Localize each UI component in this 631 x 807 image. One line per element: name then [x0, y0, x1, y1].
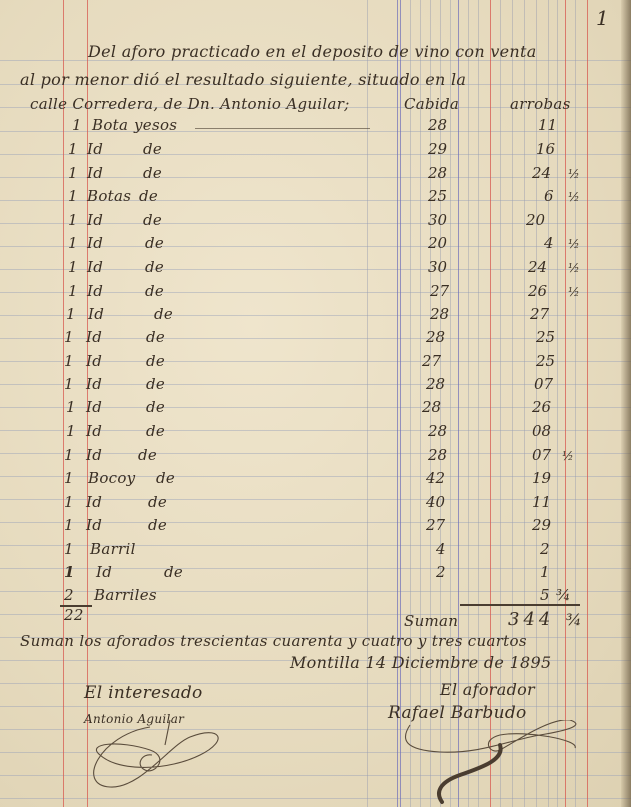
- arrobas: 11: [532, 493, 551, 511]
- qty: 1: [64, 446, 74, 464]
- item: Id: [86, 352, 102, 370]
- ledger-page: 1 Del aforo practicado en el deposito de…: [0, 0, 631, 807]
- table-row: 1 Barril 4 2: [0, 540, 631, 562]
- summary-line: Suman los aforados trescientas cuarenta …: [20, 632, 527, 650]
- arrobas: 16: [536, 140, 555, 158]
- arrobas: 08: [532, 422, 551, 440]
- qty: 1: [64, 328, 74, 346]
- table-row: 1 Id de 28 27: [0, 305, 631, 327]
- table-row: 1 Id de 28 24 ½: [0, 164, 631, 186]
- ditto: de: [164, 563, 183, 581]
- item: Botas: [87, 187, 131, 205]
- item: Id: [86, 516, 102, 534]
- arrobas: 25: [536, 352, 555, 370]
- capacity: 27: [422, 352, 441, 370]
- sum-value: 344: [508, 609, 554, 630]
- item: Id: [87, 234, 103, 252]
- qty: 1: [64, 493, 74, 511]
- qty: 1: [68, 187, 78, 205]
- capacity: 2: [436, 563, 446, 581]
- capacity: 27: [430, 282, 449, 300]
- arrobas: 24: [528, 258, 547, 276]
- arrobas: 2: [540, 540, 550, 558]
- capacity: 29: [428, 140, 447, 158]
- capacity: 28: [426, 375, 445, 393]
- capacity: 40: [426, 493, 445, 511]
- heading-line-3: calle Corredera, de Dn. Antonio Aguilar;: [30, 95, 350, 113]
- table-row: 1 Id de 28 08: [0, 422, 631, 444]
- capacity: 28: [428, 116, 447, 134]
- table-row: 1 Id de 40 11: [0, 493, 631, 515]
- page-number: 1: [596, 6, 609, 30]
- item: Barril: [90, 540, 136, 558]
- ditto: de: [139, 187, 158, 205]
- capacity: 27: [426, 516, 445, 534]
- qty: 1: [64, 469, 74, 487]
- item: Bota: [92, 116, 128, 134]
- arrobas: 07: [534, 375, 553, 393]
- item: Barriles: [94, 586, 157, 604]
- arrobas: 27: [530, 305, 549, 323]
- fraction: ¾: [556, 586, 571, 604]
- column-header-capacity: Cabida: [404, 95, 459, 113]
- fraction: ½: [568, 190, 580, 204]
- ditto: de: [143, 211, 162, 229]
- sum-rule: [460, 604, 580, 606]
- qty: 1: [66, 422, 76, 440]
- item: Id: [86, 398, 102, 416]
- ditto: de: [148, 516, 167, 534]
- ditto: de: [146, 422, 165, 440]
- arrobas: 5: [540, 586, 550, 604]
- capacity: 28: [426, 328, 445, 346]
- ditto: de: [148, 493, 167, 511]
- signature-left-title: El interesado: [84, 683, 203, 703]
- qty: 1: [68, 258, 78, 276]
- sum-fraction: ¾: [566, 610, 582, 629]
- item: Id: [88, 305, 104, 323]
- qty: 1: [68, 282, 78, 300]
- ditto: de: [146, 375, 165, 393]
- qty: 1: [68, 234, 78, 252]
- arrobas: 26: [532, 398, 551, 416]
- capacity: 25: [428, 187, 447, 205]
- ditto: yesos: [134, 116, 177, 134]
- arrobas: 29: [532, 516, 551, 534]
- qty: 1: [64, 516, 74, 534]
- qty: 1: [64, 563, 75, 581]
- table-row: 1 Id de 30 20: [0, 211, 631, 233]
- ditto: de: [143, 140, 162, 158]
- table-row: 1 Id de 27 25: [0, 352, 631, 374]
- item: Id: [96, 563, 112, 581]
- arrobas: 1: [540, 563, 550, 581]
- capacity: 28: [430, 305, 449, 323]
- item: Bocoy: [88, 469, 135, 487]
- heading-line-1: Del aforo practicado en el deposito de v…: [88, 42, 537, 61]
- table-row: 1 Id de 2 1: [0, 563, 631, 585]
- qty: 1: [66, 305, 76, 323]
- table-row: 1 Id de 28 07 ½: [0, 446, 631, 468]
- item: Id: [87, 164, 103, 182]
- ditto: de: [156, 469, 175, 487]
- qty: 1: [68, 140, 78, 158]
- ditto: de: [145, 234, 164, 252]
- ditto: de: [143, 164, 162, 182]
- arrobas: 25: [536, 328, 555, 346]
- capacity: 28: [428, 164, 447, 182]
- arrobas: 19: [532, 469, 551, 487]
- arrobas: 24: [532, 164, 551, 182]
- arrobas: 07: [532, 446, 551, 464]
- table-row: 1 Id de 20 4 ½: [0, 234, 631, 256]
- qty: 1: [64, 375, 74, 393]
- arrobas: 11: [538, 116, 557, 134]
- arrobas: 20: [526, 211, 545, 229]
- fraction: ½: [568, 167, 580, 181]
- capacity: 4: [436, 540, 446, 558]
- item: Id: [86, 446, 102, 464]
- ditto: de: [138, 446, 157, 464]
- arrobas: 4: [544, 234, 554, 252]
- fraction: ½: [568, 285, 580, 299]
- qty: 1: [64, 540, 74, 558]
- capacity: 42: [426, 469, 445, 487]
- qty: 1: [66, 398, 76, 416]
- table-row: 1 Bocoy de 42 19: [0, 469, 631, 491]
- table-row: 1 Id de 29 16: [0, 140, 631, 162]
- capacity: 28: [422, 398, 441, 416]
- qty: 1: [72, 116, 82, 134]
- item: Id: [86, 493, 102, 511]
- capacity: 28: [428, 446, 447, 464]
- table-row: 1 Id de 30 24 ½: [0, 258, 631, 280]
- capacity: 20: [428, 234, 447, 252]
- arrobas: 6: [544, 187, 554, 205]
- item: Id: [87, 211, 103, 229]
- qty: 1: [64, 352, 74, 370]
- item: Id: [86, 422, 102, 440]
- item: Id: [86, 375, 102, 393]
- table-row: 1 Botas de 25 6 ½: [0, 187, 631, 209]
- qty-total: 22: [64, 606, 84, 624]
- fraction: ½: [562, 449, 574, 463]
- heading-line-2: al por menor dió el resultado siguiente,…: [20, 70, 466, 89]
- column-header-arrobas: arrobas: [510, 95, 571, 113]
- table-row: 1 Id de 28 25: [0, 328, 631, 350]
- item: Id: [87, 140, 103, 158]
- ditto: de: [146, 352, 165, 370]
- signature-flourish-right-icon: [400, 720, 590, 807]
- table-row: 1 Id de 27 26 ½: [0, 282, 631, 304]
- table-row: 1 Bota yesos 28 11: [0, 116, 631, 138]
- table-row: 1 Id de 28 26: [0, 398, 631, 420]
- capacity: 30: [428, 211, 447, 229]
- arrobas: 26: [528, 282, 547, 300]
- ditto: de: [146, 398, 165, 416]
- ditto: de: [146, 328, 165, 346]
- fraction: ½: [568, 237, 580, 251]
- item: Id: [87, 282, 103, 300]
- ditto: de: [154, 305, 173, 323]
- ditto: de: [145, 282, 164, 300]
- item: Id: [86, 328, 102, 346]
- item-underline: [195, 128, 370, 129]
- ditto: de: [145, 258, 164, 276]
- fraction: ½: [568, 261, 580, 275]
- signature-flourish-left-icon: [80, 715, 240, 795]
- qty: 1: [68, 164, 78, 182]
- capacity: 30: [428, 258, 447, 276]
- place-date: Montilla 14 Diciembre de 1895: [290, 653, 552, 672]
- sum-label: Suman: [404, 612, 458, 630]
- capacity: 28: [428, 422, 447, 440]
- item: Id: [87, 258, 103, 276]
- signature-right-title: El aforador: [440, 680, 535, 699]
- table-row: 1 Id de 27 29: [0, 516, 631, 538]
- qty: 2: [64, 586, 74, 604]
- table-row: 1 Id de 28 07: [0, 375, 631, 397]
- qty: 1: [68, 211, 78, 229]
